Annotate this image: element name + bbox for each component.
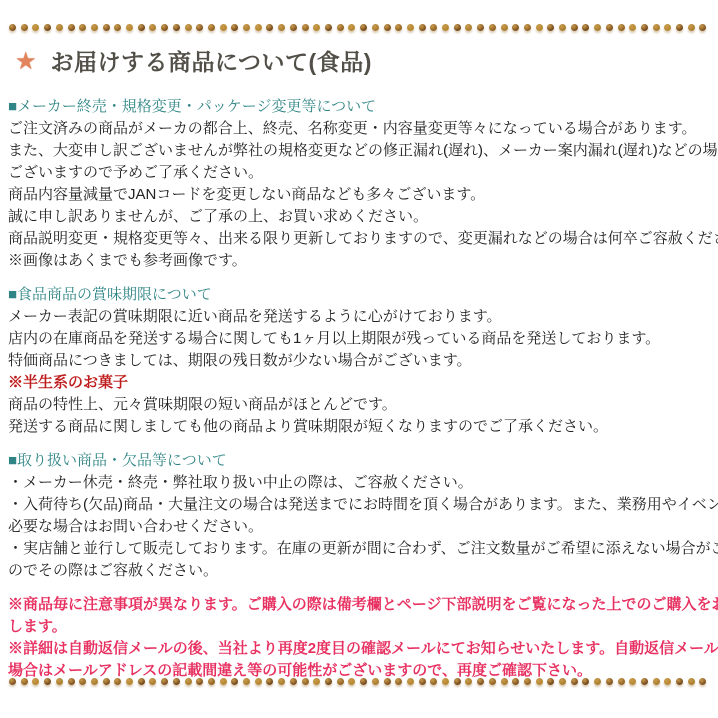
notice-line: ・実店舗と並行して販売しております。在庫の更新が間に合わず、ご注文数量がご希望に…: [8, 538, 714, 560]
notice-line: 発送する商品に関しましても他の商品より賞味期限が短くなりますのでご了承ください。: [8, 416, 714, 438]
notice-line: ※画像はあくまでも参考画像です。: [8, 250, 714, 272]
section-expiration-date: ■食品商品の賞味期限について メーカー表記の賞味期限に近い商品を発送するように心…: [8, 284, 714, 438]
notice-line: 商品の特性上、元々賞味期限の短い商品がほとんどです。: [8, 394, 714, 416]
section-heading: ■取り扱い商品・欠品等について: [8, 450, 714, 472]
notice-line-warning: ※半生系のお菓子: [8, 372, 714, 394]
notice-line: 店内の在庫商品を発送する場合に関しても1ヶ月以上期限が残っている商品を発送してお…: [8, 328, 714, 350]
notice-line: また、大変申し訳ございませんが弊社の規格変更などの修正漏れ(遅れ)、メーカー案内…: [8, 140, 714, 162]
star-icon: ★: [15, 48, 37, 76]
page-header: ★ お届けする商品について(食品): [15, 48, 372, 76]
notice-line: メーカー表記の賞味期限に近い商品を発送するように心がけております。: [8, 306, 714, 328]
notice-line: 商品内容量減量でJANコードを変更しない商品なども多々ございます。: [8, 184, 714, 206]
notice-line: 必要な場合はお問い合わせください。: [8, 516, 714, 538]
section-heading: ■食品商品の賞味期限について: [8, 284, 714, 306]
bottom-dots-border: [9, 677, 707, 685]
notice-body: ■メーカー終売・規格変更・パッケージ変更等について ご注文済みの商品がメーカの都…: [8, 96, 714, 682]
page-title: お届けする商品について(食品): [51, 48, 372, 76]
section-maker-discontinued: ■メーカー終売・規格変更・パッケージ変更等について ご注文済みの商品がメーカの都…: [8, 96, 714, 272]
notice-line: ご注文済みの商品がメーカの都合上、終売、名称変更・内容量変更等々になっている場合…: [8, 118, 714, 140]
notice-line: 商品説明変更・規格変更等々、出来る限り更新しておりますので、変更漏れなどの場合は…: [8, 228, 714, 250]
top-dots-border: [9, 23, 707, 31]
note-line: ※商品毎に注意事項が異なります。ご購入の際は備考欄とページ下部説明をご覧になった…: [8, 594, 714, 616]
note-line: します。: [8, 616, 714, 638]
notice-line: のでその際はご容赦ください。: [8, 560, 714, 582]
purchase-notes: ※商品毎に注意事項が異なります。ご購入の際は備考欄とページ下部説明をご覧になった…: [8, 594, 714, 682]
notice-line: 誠に申し訳ありませんが、ご了承の上、お買い求めください。: [8, 206, 714, 228]
notice-line: 特価商品につきましては、期限の残日数が少ない場合がございます。: [8, 350, 714, 372]
note-line: ※詳細は自動返信メールの後、当社より再度2度目の確認メールにてお知らせいたします…: [8, 638, 714, 660]
section-heading: ■メーカー終売・規格変更・パッケージ変更等について: [8, 96, 714, 118]
notice-line: ・入荷待ち(欠品)商品・大量注文の場合は発送までにお時間を頂く場合があります。ま…: [8, 494, 714, 516]
section-stock-shortage: ■取り扱い商品・欠品等について ・メーカー休売・終売・弊社取り扱い中止の際は、ご…: [8, 450, 714, 582]
notice-line: ございますので予めご了承ください。: [8, 162, 714, 184]
notice-line: ・メーカー休売・終売・弊社取り扱い中止の際は、ご容赦ください。: [8, 472, 714, 494]
